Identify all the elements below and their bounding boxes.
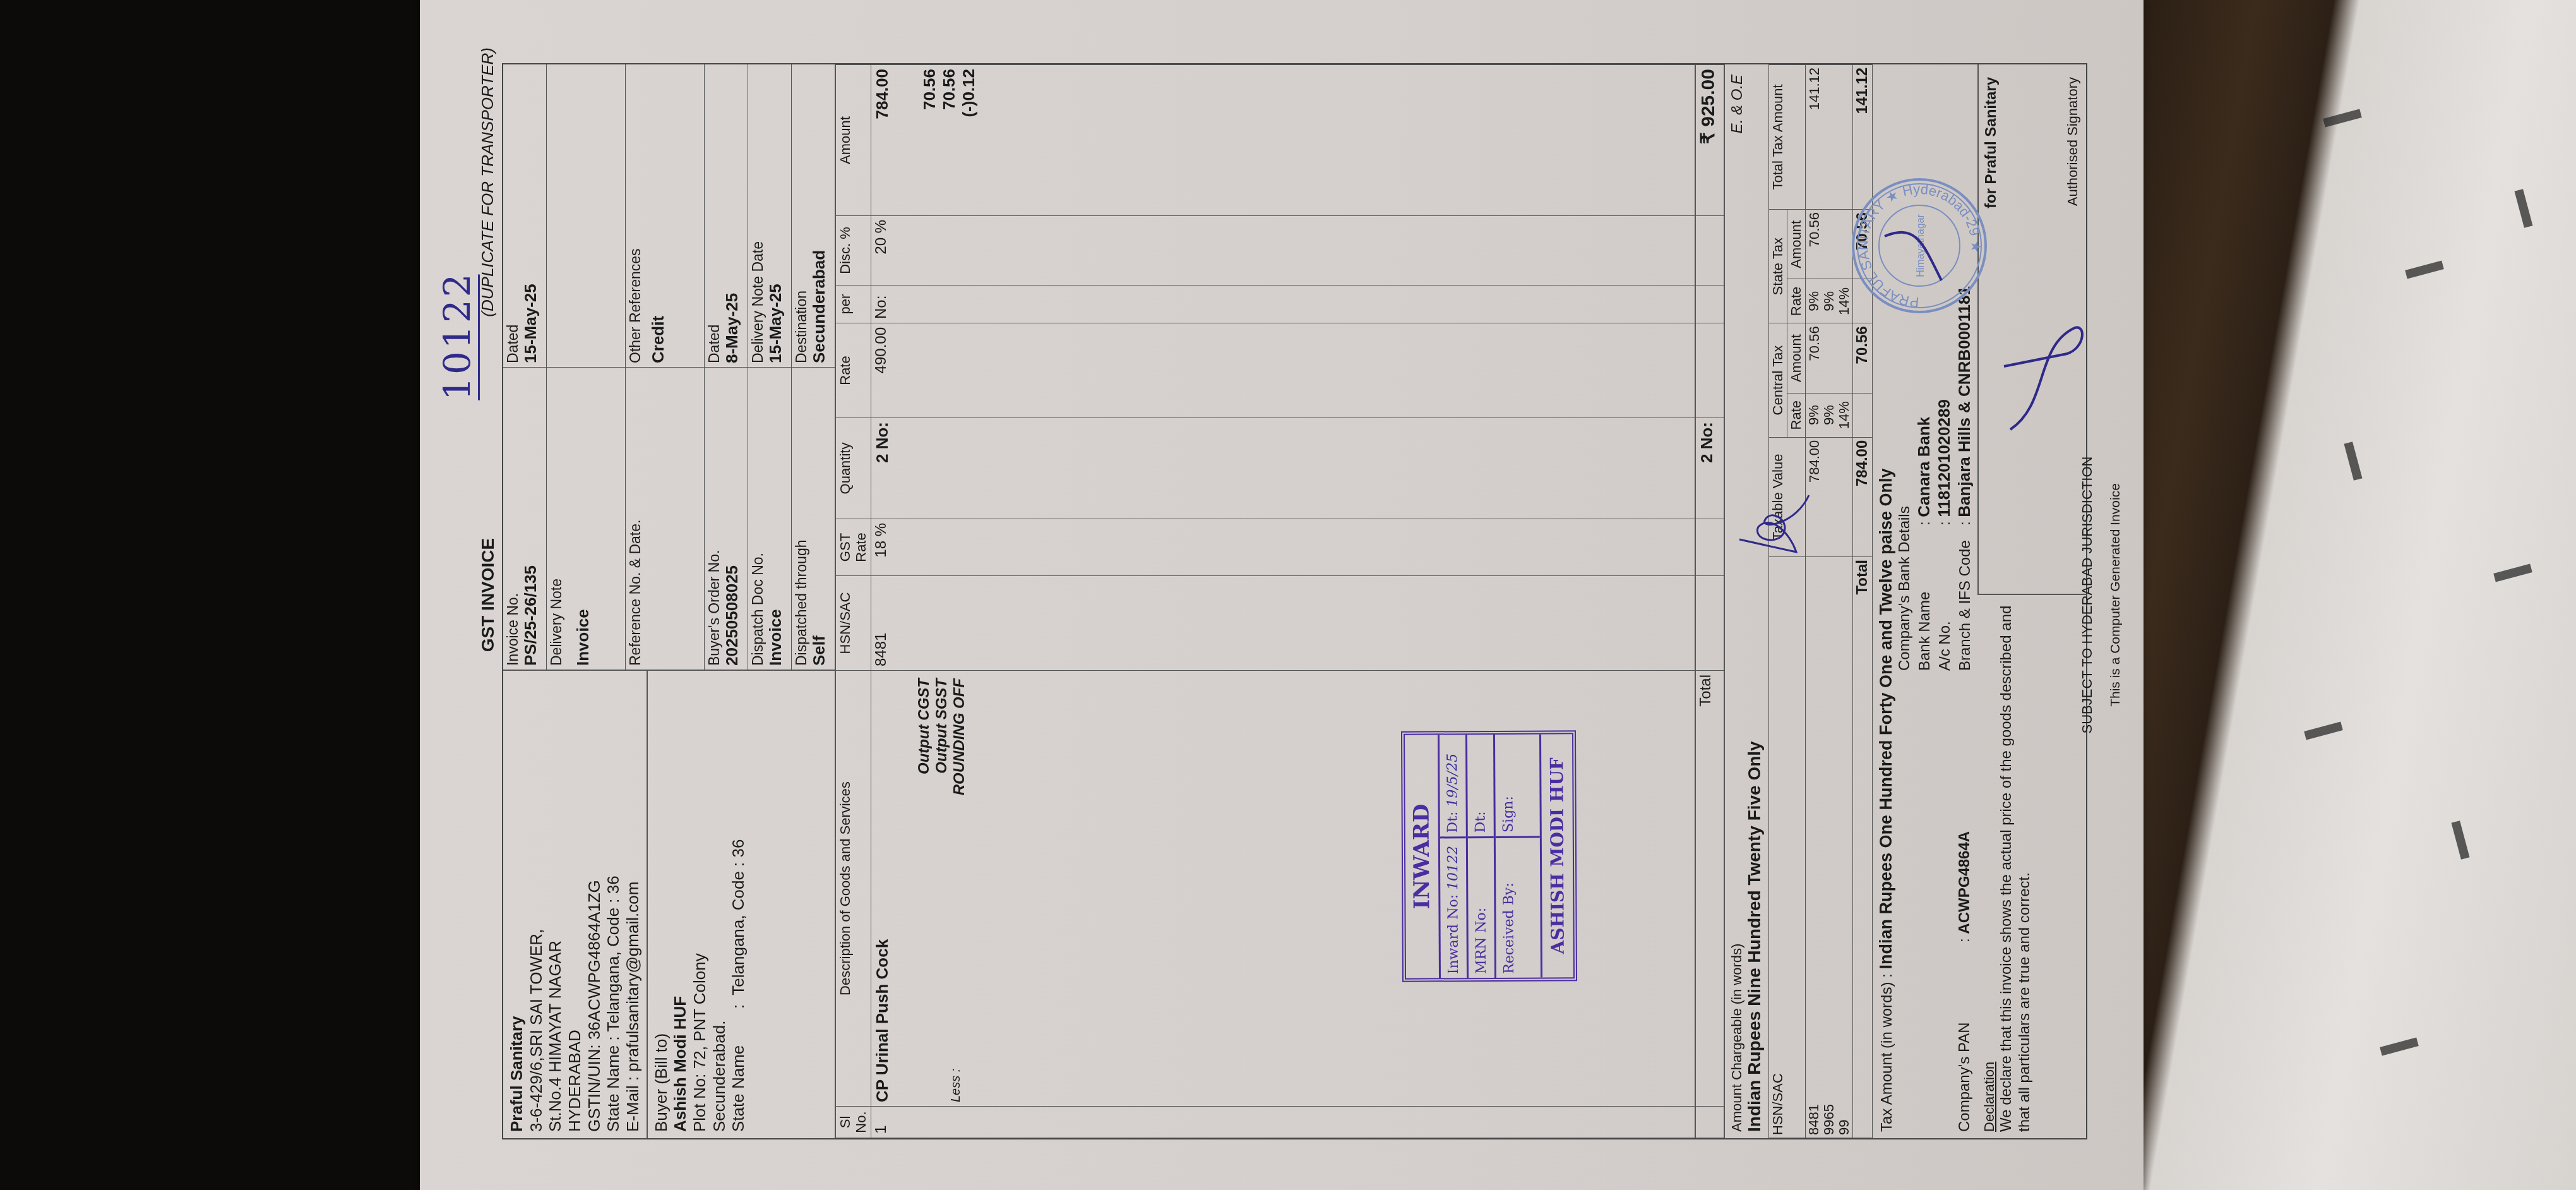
items-total-row: Total 2 No: ₹ 925.00: [1695, 65, 1724, 1138]
col-rate: Rate: [835, 323, 871, 418]
handwritten-inward-number: 10122: [436, 271, 479, 400]
account-number: 1181201020289: [1935, 399, 1953, 517]
branch-ifsc: Banjara Hills & CNRB0001181: [1955, 286, 1974, 517]
seller-block: Praful Sanitary 3-6-429/6,SRI SAI TOWER,…: [503, 671, 647, 1138]
col-gst-rate: GST Rate: [835, 519, 871, 576]
meta-buyers-order: Buyer's Order No.20250508025: [705, 367, 748, 670]
invoice-paper: 10122 GST INVOICE (DUPLICATE FOR TRANSPO…: [420, 0, 2144, 1190]
col-disc: Disc. %: [835, 216, 871, 285]
item-quantity: 2 No:: [871, 418, 1695, 519]
amount-words-value: Indian Rupees Nine Hundred Twenty Five O…: [1744, 71, 1765, 1132]
item-disc: 20 %: [871, 216, 1695, 285]
total-label: Total: [1695, 671, 1724, 1107]
item-rate: 490.00: [871, 323, 1695, 418]
authorised-signatory: Authorised Signatory: [2065, 77, 2081, 206]
company-seal: PRAFUL SANITARY ★ Hyderabad-29 ★ Himayat…: [1847, 173, 1992, 318]
copy-label: (DUPLICATE FOR TRANSPORTER): [478, 47, 498, 317]
receiver-signature: [1733, 483, 1815, 558]
item-per: No:: [871, 285, 1695, 323]
buyer-address-2: Secunderabad.: [710, 677, 729, 1132]
tax-row: 8481 9965 99 784.00 9% 9% 14% 70.56 9% 9…: [1805, 65, 1853, 1138]
meta-reference: Reference No. & Date.: [626, 367, 705, 670]
meta-delivery-note-date: Delivery Note Date15-May-25: [748, 64, 792, 367]
inward-date: 19/5/25: [1445, 754, 1460, 807]
buyer-block: Buyer (Bill to) Ashish Modi HUF Plot No:…: [647, 671, 820, 1138]
rounding-amount: (-)0.12: [959, 69, 979, 212]
svg-text:Himayatnagar: Himayatnagar: [1916, 214, 1926, 277]
item-amount: 784.00: [873, 69, 892, 212]
meta-delivery-note: Delivery NoteInvoice: [547, 367, 626, 670]
meta-dated: Dated15-May-25: [503, 64, 547, 367]
seller-state: State Name : Telangana, Code : 36: [604, 677, 623, 1132]
col-hsn: HSN/SAC: [835, 576, 871, 671]
total-amount: ₹ 925.00: [1695, 65, 1724, 216]
cgst-amount: 70.56: [920, 69, 939, 212]
jurisdiction-note: SUBJECT TO HYDERABAD JURISDICTION: [2079, 0, 2096, 1190]
seller-address-1: 3-6-429/6,SRI SAI TOWER,: [527, 677, 546, 1132]
sgst-amount: 70.56: [939, 69, 959, 212]
col-quantity: Quantity: [835, 418, 871, 519]
buyer-label: Buyer (Bill to): [652, 677, 671, 1132]
col-sl: Sl No.: [835, 1107, 871, 1138]
buyer-address-1: Plot No: 72, PNT Colony: [690, 677, 710, 1132]
declaration: Declaration We declare that this invoice…: [1977, 595, 2086, 1138]
seller-gstin: GSTIN/UIN: 36ACWPG4864A1ZG: [585, 677, 604, 1132]
item-gst-rate: 18 %: [871, 519, 1695, 576]
meta-dispatch-doc: Dispatch Doc No.Invoice: [748, 367, 792, 670]
seller-email: E-Mail : prafulsanitary@gmail.com: [623, 677, 643, 1132]
col-per: per: [835, 285, 871, 323]
background-fabric: [2140, 0, 2576, 1190]
amount-in-words: Amount Chargeable (in words) E. & O.E In…: [1725, 64, 1768, 1138]
seller-name: Praful Sanitary: [507, 677, 527, 1132]
invoice-meta-grid: Invoice No.PS/25-26/135 Dated15-May-25 D…: [503, 64, 835, 670]
tax-words-value: Indian Rupees One Hundred Forty One and …: [1876, 468, 1895, 969]
bank-name: Canara Bank: [1914, 417, 1933, 517]
computer-generated-note: This is a Computer Generated Invoice: [2108, 0, 2123, 1190]
item-hsn: 8481: [871, 576, 1695, 671]
meta-order-dated: Dated8-May-25: [705, 64, 748, 367]
meta-destination: DestinationSecunderabad: [792, 64, 835, 367]
total-quantity: 2 No:: [1695, 418, 1724, 519]
meta-invoice-no: Invoice No.PS/25-26/135: [503, 367, 547, 670]
inward-number: 10122: [1445, 846, 1461, 890]
items-table: Sl No. Description of Goods and Services…: [835, 64, 1725, 1138]
item-description: CP Urinal Push Cock: [873, 675, 892, 1102]
meta-dispatched-through: Dispatched throughSelf: [792, 367, 835, 670]
col-description: Description of Goods and Services: [835, 671, 871, 1107]
eoe-label: E. & O.E: [1729, 75, 1746, 133]
inward-stamp: INWARD Inward No: 10122 Dt: 19/5/25 MRN …: [1401, 730, 1577, 982]
buyer-state: State Name : Telangana, Code : 36: [729, 677, 748, 1132]
sgst-label: Output SGST: [933, 678, 951, 795]
cgst-label: Output CGST: [915, 678, 933, 795]
col-amount: Amount: [835, 65, 871, 216]
seller-address-2: St.No.4 HIMAYAT NAGAR: [546, 677, 565, 1132]
buyer-name: Ashish Modi HUF: [671, 677, 690, 1132]
rounding-label: ROUNDING OFF: [951, 678, 969, 795]
signatory-block: for Praful Sanitary Authorised Signatory: [1977, 64, 2086, 595]
meta-blank: [547, 64, 626, 367]
seller-address-3: HYDERABAD: [565, 677, 585, 1132]
meta-other-references: Other ReferencesCredit: [626, 64, 705, 367]
tax-words-label: Tax Amount (in words) :: [1878, 973, 1895, 1132]
